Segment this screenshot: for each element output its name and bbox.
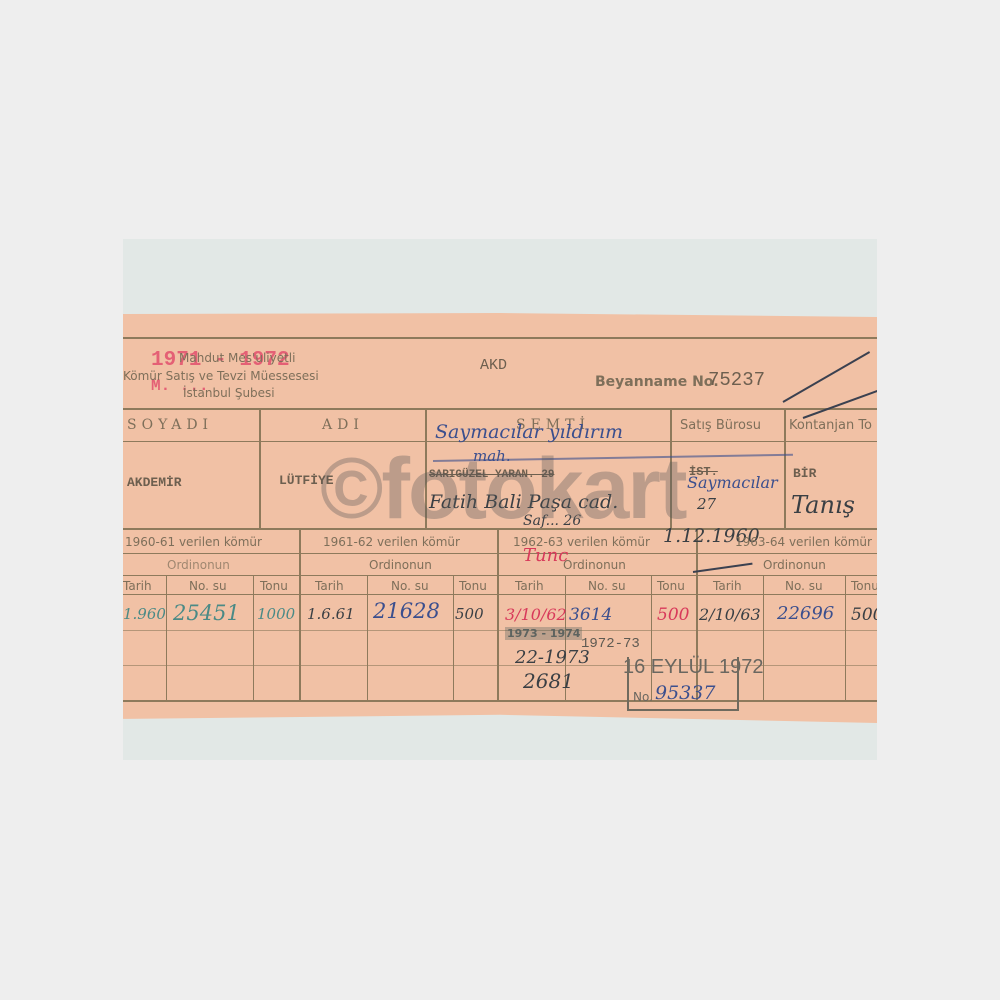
beyanname-number: 75237 (708, 369, 765, 391)
col-adi: ADI (322, 417, 364, 433)
box-stamp-number: 95337 (655, 682, 715, 704)
s3-no: 3614 (569, 605, 612, 625)
s2-col-no: No. su (391, 579, 429, 593)
box-stamp-no-label: No. (633, 690, 653, 704)
rule (253, 575, 254, 701)
s2-col-tonu: Tonu (459, 579, 487, 593)
season-3-sub: Ordinonun (563, 558, 626, 572)
box-stamp-years: 1972-73 (581, 636, 640, 652)
gray-stamp-date: 22-1973 (515, 647, 590, 668)
rule (367, 575, 368, 701)
season-4-sub: Ordinonun (763, 558, 826, 572)
value-kontanjan: BİR (793, 466, 816, 481)
s4-col-tarih: Tarih (713, 579, 742, 593)
rule (166, 575, 167, 701)
rule (845, 575, 846, 701)
col-kontanjan: Kontanjan To (789, 418, 872, 433)
col-satis-burosu: Satış Bürosu (680, 418, 761, 433)
s2-no: 21628 (373, 599, 440, 623)
season-4-label: 1963-64 verilen kömür (735, 535, 872, 549)
s3-tonu: 500 (657, 605, 689, 625)
pen-stroke (803, 390, 879, 419)
s1-tarih: 1.960 (123, 605, 166, 623)
rule (259, 409, 261, 529)
gray-stamp-number: 2681 (523, 669, 574, 693)
s2-tonu: 500 (455, 605, 484, 623)
rule (123, 337, 877, 339)
s1-col-no: No. su (189, 579, 227, 593)
s3-tarih: 3/10/62 (505, 605, 567, 624)
rule (123, 408, 877, 410)
s4-tarih: 2/10/63 (699, 605, 761, 624)
s4-col-no: No. su (785, 579, 823, 593)
s1-col-tonu: Tonu (260, 579, 288, 593)
issuer-line-3: İstanbul Şubesi (183, 386, 275, 400)
pen-stroke (693, 563, 753, 573)
beyanname-label: Beyanname No. (595, 374, 719, 390)
rule (299, 529, 301, 701)
s4-no: 22696 (777, 603, 834, 624)
gray-stamp-years: 1973 - 1974 (505, 627, 582, 640)
code-label: AKD (480, 357, 507, 374)
s4-col-tonu: Tonu (851, 579, 879, 593)
s3-col-no: No. su (588, 579, 626, 593)
s1-tonu: 1000 (257, 605, 295, 623)
issuer-line-2: Kömür Satış ve Tevzi Müessesesi (123, 369, 319, 383)
value-satis-no: 27 (697, 495, 716, 513)
season-2-sub: Ordinonun (369, 558, 432, 572)
rule (123, 553, 877, 554)
issuer-line-1: Mahdut Mes'uliyetli (179, 351, 295, 365)
value-satis-hand: Saymacılar (687, 473, 778, 492)
s3-col-tonu: Tonu (657, 579, 685, 593)
rule (784, 409, 786, 529)
signature: Tanış (791, 491, 855, 519)
s3-col-tarih: Tarih (515, 579, 544, 593)
rule (763, 575, 764, 701)
pen-stroke (783, 351, 871, 403)
s2-tarih: 1.6.61 (307, 605, 355, 623)
rule (497, 529, 499, 701)
season-1-label: 1960-61 verilen kömür (125, 535, 262, 549)
rule (453, 575, 454, 701)
season-1-sub: Ordinonun (167, 558, 230, 572)
watermark: ©fotokart (320, 440, 685, 539)
s4-tonu: 500 (851, 605, 883, 625)
value-soyadi: AKDEMİR (127, 475, 182, 490)
col-soyadi: SOYADI (127, 417, 213, 433)
s1-col-tarih: Tarih (123, 579, 152, 593)
s2-col-tarih: Tarih (315, 579, 344, 593)
s1-no: 25451 (173, 601, 240, 625)
